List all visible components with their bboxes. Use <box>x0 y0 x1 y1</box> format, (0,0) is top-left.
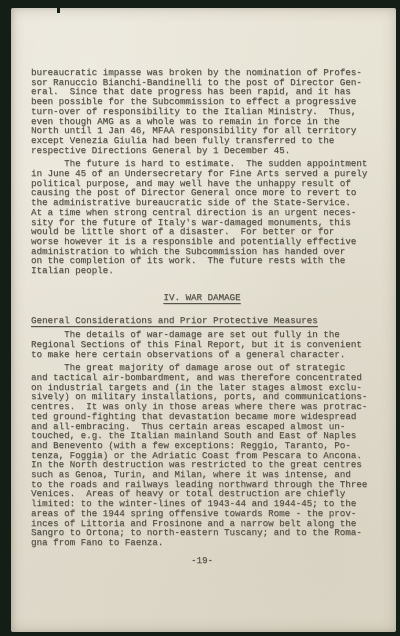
paragraph: The great majority of damage arose out o… <box>31 363 373 547</box>
section-subheading: General Considerations and Prior Protect… <box>31 316 373 326</box>
text-line: respective Directions General by 1 Decem… <box>31 146 373 156</box>
text-line: gna from Fano to Faenza. <box>31 538 373 548</box>
paragraph: The future is hard to estimate. The sudd… <box>31 159 373 275</box>
document-page: bureaucratic impasse was broken by the n… <box>11 8 396 632</box>
heading-text: IV. WAR DAMAGE <box>163 292 240 303</box>
subheading-text: General Considerations and Prior Protect… <box>31 315 318 326</box>
scan-background: bureaucratic impasse was broken by the n… <box>0 0 400 636</box>
section-heading: IV. WAR DAMAGE <box>31 293 373 303</box>
page-number: -19- <box>31 556 373 566</box>
text-line: to make here certain observations of a g… <box>31 350 373 360</box>
paragraph: The details of war-damage are set out fu… <box>31 330 373 359</box>
text-line: Italian people. <box>31 266 373 276</box>
paragraph: bureaucratic impasse was broken by the n… <box>31 68 373 155</box>
text-column: bureaucratic impasse was broken by the n… <box>31 68 373 565</box>
binding-mark-icon <box>57 0 60 13</box>
